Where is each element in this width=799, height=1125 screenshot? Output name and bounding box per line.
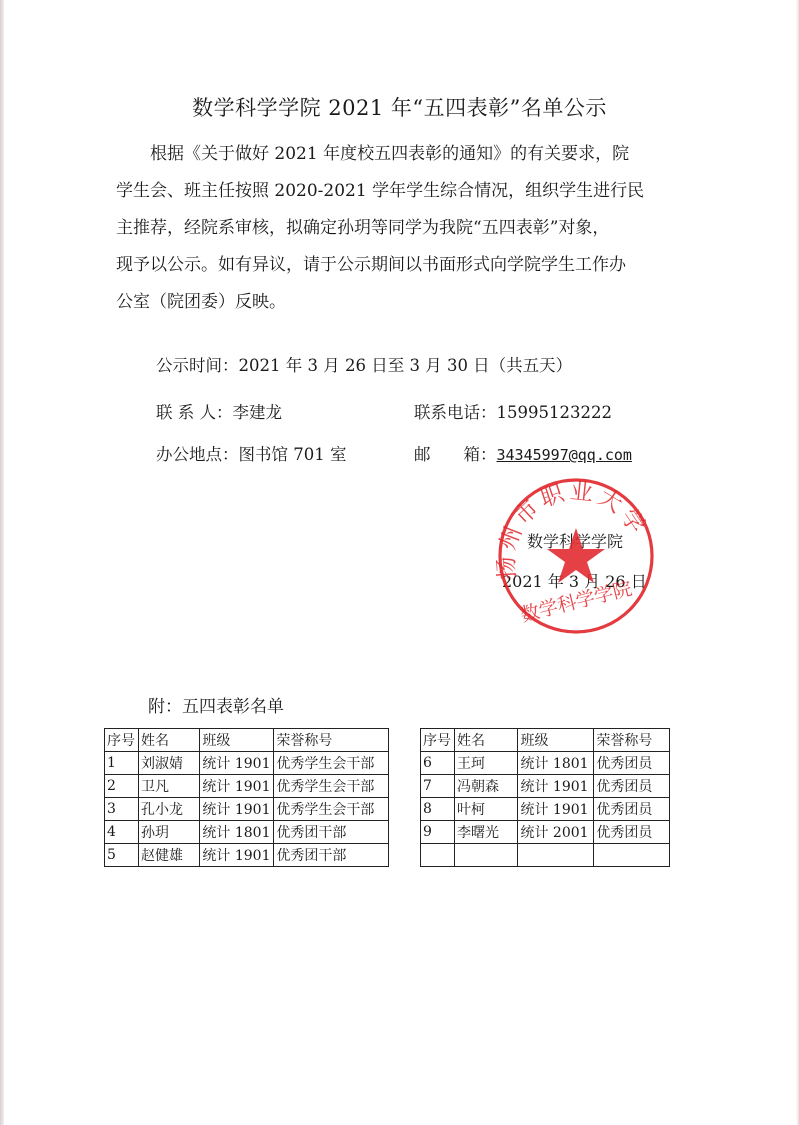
header-class: 班级 — [200, 729, 274, 752]
cell-index: 8 — [421, 798, 455, 821]
contact-phone-label: 联系电话： — [414, 403, 497, 422]
cell-index: 7 — [421, 775, 455, 798]
body-paragraph: 根据《关于做好 2021 年度校五四表彰的通知》的有关要求，院 学生会、班主任按… — [116, 136, 686, 321]
cell-class: 统计 1901 — [518, 798, 594, 821]
cell-name: 刘淑婧 — [138, 752, 199, 775]
notice-period: 公示时间：2021 年 3 月 26 日至 3 月 30 日（共五天） — [156, 352, 572, 376]
roster-table-right: 序号 姓名 班级 荣誉称号 6 王珂 统计 1801 优秀团员 7 冯朝森 统计… — [420, 728, 670, 867]
cell-class: 统计 2001 — [518, 821, 594, 844]
cell-index: 6 — [421, 752, 455, 775]
header-honor: 荣誉称号 — [594, 729, 670, 752]
cell-name: 孔小龙 — [138, 798, 199, 821]
signature-date: 2021 年 3 月 26 日 — [502, 569, 647, 592]
cell-name: 王珂 — [454, 752, 518, 775]
cell-class: 统计 1801 — [518, 752, 594, 775]
cell-name: 冯朝森 — [454, 775, 518, 798]
contact-person-value: 李建龙 — [233, 403, 283, 422]
table-row: 7 冯朝森 统计 1901 优秀团员 — [421, 775, 670, 798]
cell-class — [518, 844, 594, 867]
cell-class: 统计 1801 — [200, 821, 274, 844]
table-row: 9 李曙光 统计 2001 优秀团员 — [421, 821, 670, 844]
body-line: 主推荐，经院系审核，拟确定孙玥等同学为我院“五四表彰”对象， — [116, 210, 686, 247]
cell-honor: 优秀团干部 — [274, 844, 389, 867]
cell-index: 5 — [105, 844, 139, 867]
table-header-row: 序号 姓名 班级 荣誉称号 — [421, 729, 670, 752]
cell-honor: 优秀团员 — [594, 798, 670, 821]
table-row: 1 刘淑婧 统计 1901 优秀学生会干部 — [105, 752, 389, 775]
table-row: 3 孔小龙 统计 1901 优秀学生会干部 — [105, 798, 389, 821]
contact-phone-value: 15995123222 — [497, 403, 612, 422]
roster-table-left: 序号 姓名 班级 荣誉称号 1 刘淑婧 统计 1901 优秀学生会干部 2 卫凡… — [104, 728, 389, 867]
table-row: 2 卫凡 统计 1901 优秀学生会干部 — [105, 775, 389, 798]
cell-honor: 优秀团员 — [594, 821, 670, 844]
header-name: 姓名 — [454, 729, 518, 752]
header-honor: 荣誉称号 — [274, 729, 389, 752]
contact-phone: 联系电话：15995123222 — [414, 399, 612, 423]
body-line: 根据《关于做好 2021 年度校五四表彰的通知》的有关要求，院 — [116, 136, 686, 173]
email-label: 邮 箱： — [414, 445, 497, 464]
header-index: 序号 — [105, 729, 139, 752]
notice-period-value: 2021 年 3 月 26 日至 3 月 30 日（共五天） — [239, 356, 573, 375]
body-line: 公室（院团委）反映。 — [116, 284, 686, 321]
cell-honor: 优秀学生会干部 — [274, 752, 389, 775]
signature-org: 数学科学学院 — [527, 529, 623, 552]
table-row: 5 赵健雄 统计 1901 优秀团干部 — [105, 844, 389, 867]
cell-name: 赵健雄 — [138, 844, 199, 867]
cell-honor: 优秀团员 — [594, 775, 670, 798]
cell-index: 9 — [421, 821, 455, 844]
cell-name: 卫凡 — [138, 775, 199, 798]
document-title: 数学科学学院 2021 年“五四表彰”名单公示 — [0, 92, 799, 122]
cell-honor: 优秀学生会干部 — [274, 775, 389, 798]
notice-period-label: 公示时间： — [156, 356, 239, 375]
cell-class: 统计 1901 — [200, 752, 274, 775]
cell-honor: 优秀团干部 — [274, 821, 389, 844]
office-label: 办公地点： — [156, 445, 239, 464]
table-row-empty — [421, 844, 670, 867]
header-class: 班级 — [518, 729, 594, 752]
cell-honor: 优秀学生会干部 — [274, 798, 389, 821]
header-index: 序号 — [421, 729, 455, 752]
table-row: 6 王珂 统计 1801 优秀团员 — [421, 752, 670, 775]
body-line: 学生会、班主任按照 2020-2021 学年学生综合情况，组织学生进行民 — [116, 173, 686, 210]
cell-name: 李曙光 — [454, 821, 518, 844]
contact-person: 联 系 人：李建龙 — [156, 399, 282, 423]
scan-edge-left — [0, 0, 4, 1125]
cell-class: 统计 1901 — [200, 775, 274, 798]
cell-name: 孙玥 — [138, 821, 199, 844]
contact-person-label: 联 系 人： — [156, 403, 233, 422]
cell-name — [454, 844, 518, 867]
office-location: 办公地点：图书馆 701 室 — [156, 441, 346, 465]
cell-index: 3 — [105, 798, 139, 821]
table-row: 8 叶柯 统计 1901 优秀团员 — [421, 798, 670, 821]
appendix-title: 附：五四表彰名单 — [148, 692, 284, 717]
body-line: 现予以公示。如有异议，请于公示期间以书面形式向学院学生工作办 — [116, 247, 686, 284]
table-header-row: 序号 姓名 班级 荣誉称号 — [105, 729, 389, 752]
cell-class: 统计 1901 — [200, 844, 274, 867]
official-seal: 扬州市职业大学 数学科学学院 — [496, 476, 656, 636]
cell-class: 统计 1901 — [200, 798, 274, 821]
email-link[interactable]: 34345997@qq.com — [497, 446, 632, 464]
office-value: 图书馆 701 室 — [239, 445, 347, 464]
email: 邮 箱：34345997@qq.com — [414, 441, 632, 465]
cell-name: 叶柯 — [454, 798, 518, 821]
cell-index — [421, 844, 455, 867]
cell-index: 4 — [105, 821, 139, 844]
cell-honor — [594, 844, 670, 867]
cell-honor: 优秀团员 — [594, 752, 670, 775]
table-row: 4 孙玥 统计 1801 优秀团干部 — [105, 821, 389, 844]
cell-index: 2 — [105, 775, 139, 798]
cell-index: 1 — [105, 752, 139, 775]
header-name: 姓名 — [138, 729, 199, 752]
cell-class: 统计 1901 — [518, 775, 594, 798]
